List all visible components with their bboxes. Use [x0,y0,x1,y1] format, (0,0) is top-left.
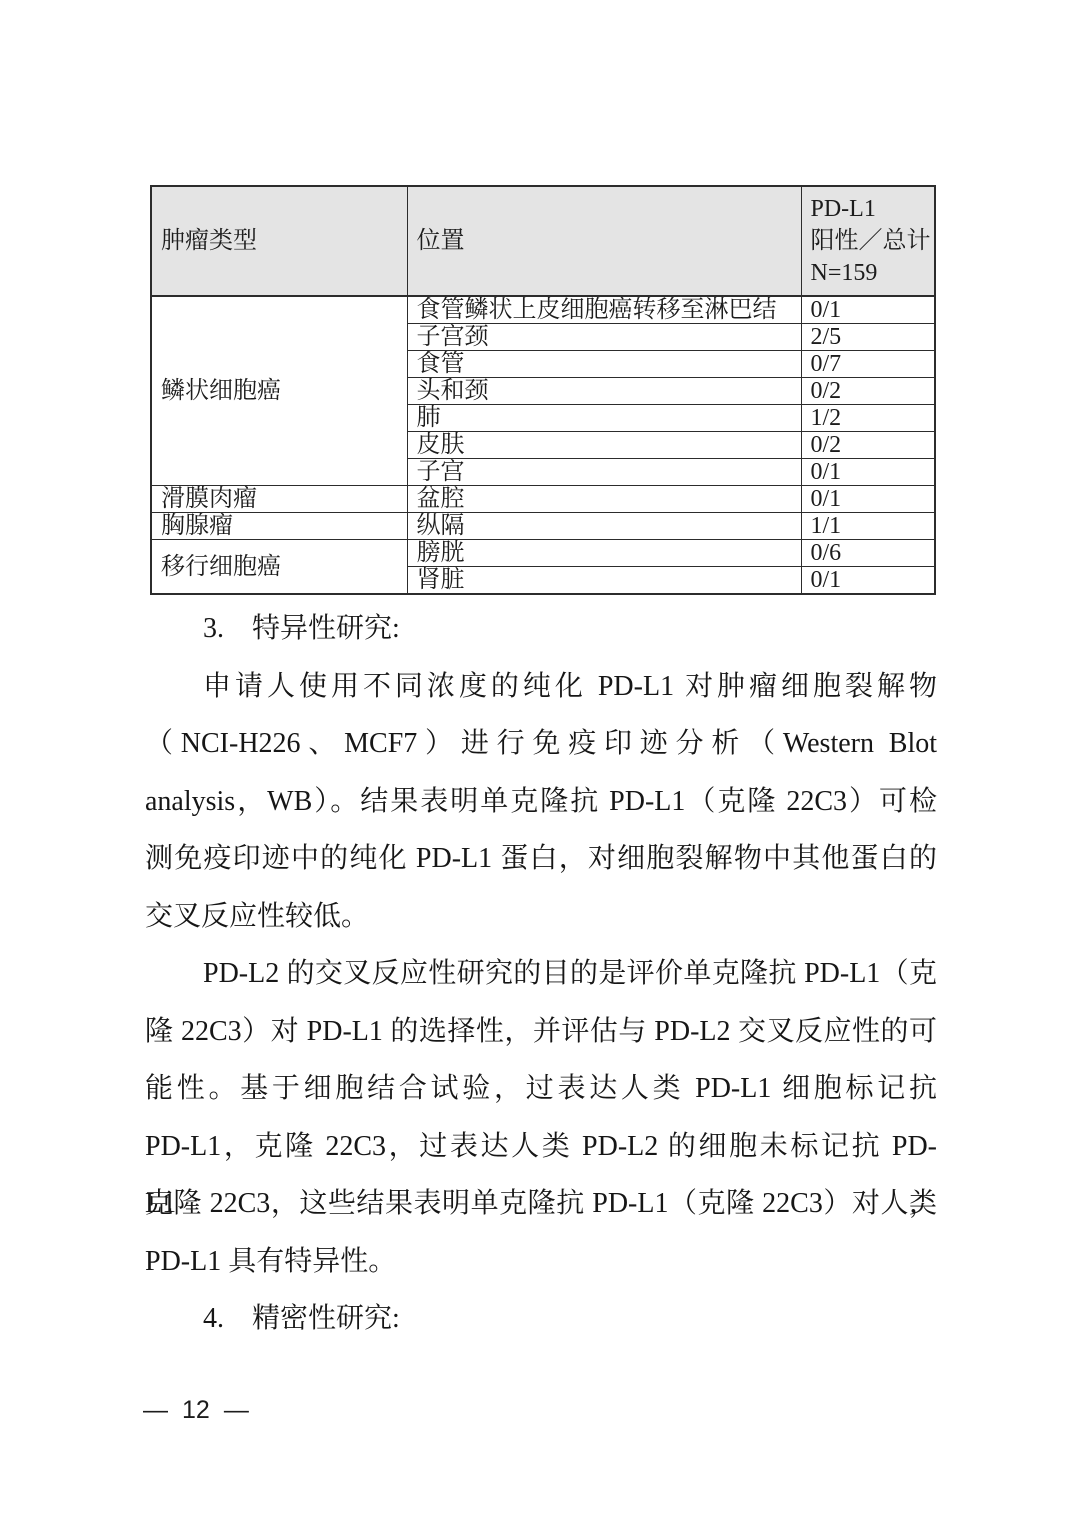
ratio-cell: 0/1 [801,486,935,513]
location-cell: 盆腔 [407,486,801,513]
ratio-cell: 0/1 [801,567,935,595]
header-pdl1-line2: 阳性／总计 [811,225,926,257]
table-row: 滑膜肉瘤盆腔0/1 [151,486,935,513]
location-cell: 子宫颈 [407,324,801,351]
paragraph-line: PD-L1 具有特异性。 [145,1233,937,1291]
paragraph-line: 隆 22C3）对 PD-L1 的选择性，并评估与 PD-L2 交叉反应性的可 [145,1003,937,1061]
ratio-cell: 1/1 [801,513,935,540]
footer-left-dash: — [143,1396,168,1425]
paragraph-line: 能性。基于细胞结合试验，过表达人类 PD-L1 细胞标记抗 [145,1060,937,1118]
table-row: 胸腺瘤纵隔1/1 [151,513,935,540]
ratio-cell: 0/6 [801,540,935,567]
table-header-row: 肿瘤类型 位置 PD-L1 阳性／总计 N=159 [151,186,935,296]
paragraph-line: PD-L2 的交叉反应性研究的目的是评价单克隆抗 PD-L1（克 [145,945,937,1003]
paragraph-line: （NCI-H226、MCF7）进行免疫印迹分析（Western Blot [145,715,937,773]
tumor-type-cell: 滑膜肉瘤 [151,486,407,513]
paragraph-line: 测免疫印迹中的纯化 PD-L1 蛋白，对细胞裂解物中其他蛋白的 [145,830,937,888]
header-tumor-type: 肿瘤类型 [151,186,407,296]
header-location: 位置 [407,186,801,296]
footer-right-dash: — [224,1396,249,1425]
location-cell: 头和颈 [407,378,801,405]
paragraph-line: 交叉反应性较低。 [145,888,937,946]
paragraph-line: PD-L1，克隆 22C3，过表达人类 PD-L2 的细胞未标记抗 PD-L1， [145,1118,937,1176]
tumor-pdl1-table: 肿瘤类型 位置 PD-L1 阳性／总计 N=159 鳞状细胞癌食管鳞状上皮细胞癌… [150,185,936,595]
page-footer: — 12 — [143,1396,249,1425]
section-title: 特异性研究: [252,613,400,644]
location-cell: 皮肤 [407,432,801,459]
location-cell: 食管 [407,351,801,378]
ratio-cell: 1/2 [801,405,935,432]
section-heading: 4.精密性研究: [145,1290,937,1348]
paragraph-line: 克隆 22C3，这些结果表明单克隆抗 PD-L1（克隆 22C3）对人类 [145,1175,937,1233]
ratio-cell: 2/5 [801,324,935,351]
location-cell: 子宫 [407,459,801,486]
tumor-type-cell: 鳞状细胞癌 [151,296,407,486]
ratio-cell: 0/2 [801,432,935,459]
section-number: 4. [203,1290,224,1348]
header-pdl1-line3: N=159 [811,257,926,289]
location-cell: 膀胱 [407,540,801,567]
tumor-type-cell: 胸腺瘤 [151,513,407,540]
section-title: 精密性研究: [252,1303,400,1334]
location-cell: 肾脏 [407,567,801,595]
table-row: 鳞状细胞癌食管鳞状上皮细胞癌转移至淋巴结0/1 [151,296,935,324]
section-number: 3. [203,600,224,658]
tumor-type-cell: 移行细胞癌 [151,540,407,595]
document-body: 3.特异性研究:申请人使用不同浓度的纯化 PD-L1 对肿瘤细胞裂解物（NCI-… [145,600,937,1348]
document-page: 肿瘤类型 位置 PD-L1 阳性／总计 N=159 鳞状细胞癌食管鳞状上皮细胞癌… [0,0,1080,1527]
page-number: 12 [182,1396,210,1425]
header-pdl1-line1: PD-L1 [811,193,926,225]
section-heading: 3.特异性研究: [145,600,937,658]
location-cell: 食管鳞状上皮细胞癌转移至淋巴结 [407,296,801,324]
table-row: 移行细胞癌膀胱0/6 [151,540,935,567]
header-pdl1-ratio: PD-L1 阳性／总计 N=159 [801,186,935,296]
ratio-cell: 0/7 [801,351,935,378]
location-cell: 纵隔 [407,513,801,540]
ratio-cell: 0/1 [801,296,935,324]
ratio-cell: 0/1 [801,459,935,486]
location-cell: 肺 [407,405,801,432]
ratio-cell: 0/2 [801,378,935,405]
paragraph-line: 申请人使用不同浓度的纯化 PD-L1 对肿瘤细胞裂解物 [145,658,937,716]
table-body: 鳞状细胞癌食管鳞状上皮细胞癌转移至淋巴结0/1子宫颈2/5食管0/7头和颈0/2… [151,296,935,594]
paragraph-line: analysis，WB）。结果表明单克隆抗 PD-L1（克隆 22C3）可检 [145,773,937,831]
